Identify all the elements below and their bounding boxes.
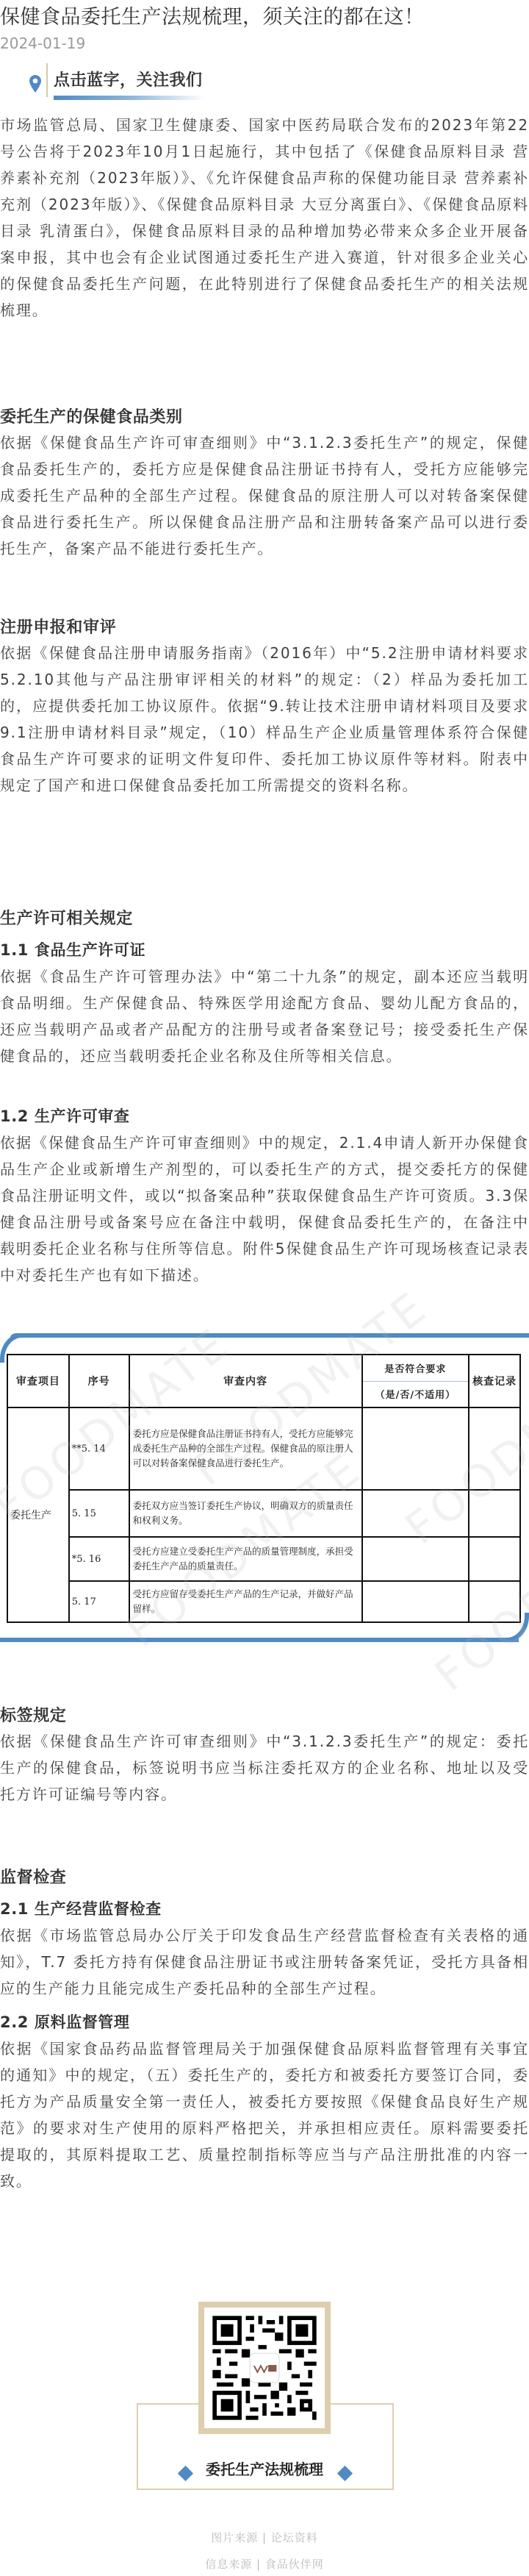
intro-paragraph: 市场监管总局、国家卫生健康委、国家中医药局联合发布的2023年第22号公告将于2…: [0, 112, 529, 324]
table-row: 5. 17 受托方应留存受委托生产产品的生产记录，并做好产品留样。: [7, 1581, 520, 1622]
qr-caption: 委托生产法规梳理: [198, 2458, 331, 2479]
subsection-paragraph: 依据《保健食品生产许可审查细则》中的规定，2.1.4申请人新开办保健食品生产企业…: [0, 1130, 529, 1288]
qr-code-icon: [204, 2308, 325, 2428]
content-cell: 委托双方应当签订委托生产协议，明确双方的质量责任和权利义务。: [129, 1490, 362, 1537]
content-cell: 受托方应留存受委托生产产品的生产记录，并做好产品留样。: [129, 1581, 362, 1622]
section-heading-registration: 注册申报和审评: [0, 615, 116, 638]
record-cell: [469, 1407, 520, 1490]
article-title: 保健食品委托生产法规梳理，须关注的都在这！: [0, 3, 529, 32]
col-header-category: 审查项目: [7, 1355, 69, 1407]
subsection-heading: 1.2 生产许可审查: [0, 1105, 130, 1127]
subsection-heading: 1.1 食品生产许可证: [0, 938, 145, 960]
col-header-content: 审查内容: [129, 1355, 362, 1407]
table-row: 5. 15 委托双方应当签订委托生产协议，明确双方的质量责任和权利义务。: [7, 1490, 520, 1537]
category-cell: 委托生产: [7, 1407, 69, 1622]
content-cell: 受托方应建立受委托生产产品的质量管理制度，承担受委托生产产品的质量责任。: [129, 1537, 362, 1581]
subsection-paragraph: 依据《市场监管总局办公厅关于印发食品生产经营监督检查有关表格的通知》，T.7 委…: [0, 1922, 529, 2002]
compliance-cell: [362, 1490, 469, 1537]
number-cell: *5. 16: [69, 1537, 129, 1581]
table-row: 委托生产 **5. 14 委托方应是保健食品注册证书持有人，受托方应能够完成委托…: [7, 1407, 520, 1490]
content-cell: 委托方应是保健食品注册证书持有人，受托方应能够完成委托生产品种的全部生产过程。保…: [129, 1407, 362, 1490]
section-paragraph: 依据《保健食品生产许可审查细则》中“3.1.2.3委托生产”的规定，保健食品委托…: [0, 429, 529, 562]
follow-banner[interactable]: 点击蓝字，关注我们: [29, 63, 176, 97]
info-source: 信息来源 | 食品伙伴网: [0, 2556, 529, 2572]
inspection-table: 审查项目 序号 审查内容 是否符合要求 核查记录 （是/否/不适用） 委托生产 …: [7, 1354, 521, 1623]
subsection-heading: 2.1 生产经营监督检查: [0, 1897, 162, 1919]
frame-decoration: [10, 1333, 529, 1338]
qr-code-frame: [198, 2302, 331, 2434]
inspection-table-image: 审查项目 序号 审查内容 是否符合要求 核查记录 （是/否/不适用） 委托生产 …: [0, 1333, 529, 1642]
section-paragraph: 依据《保健食品生产许可审查细则》中“3.1.2.3委托生产”的规定：委托生产的保…: [0, 1728, 529, 1808]
col-header-record: 核查记录: [469, 1355, 520, 1407]
compliance-cell: [362, 1407, 469, 1490]
location-pin-icon: [29, 75, 41, 93]
frame-decoration: [0, 1638, 519, 1642]
section-heading-labeling: 标签规定: [0, 1703, 66, 1726]
follow-prompt[interactable]: 点击蓝字，关注我们: [54, 68, 203, 90]
record-cell: [469, 1537, 520, 1581]
table-row: *5. 16 受托方应建立受委托生产产品的质量管理制度，承担受委托生产产品的质量…: [7, 1537, 520, 1581]
subsection-heading: 2.2 原料监督管理: [0, 2011, 130, 2033]
subsection-paragraph: 依据《国家食品药品监督管理局关于加强保健食品原料监督管理有关事宜的通知》中的规定…: [0, 2036, 529, 2194]
subsection-paragraph: 依据《食品生产许可管理办法》中“第二十九条”的规定，副本还应当载明食品明细。生产…: [0, 963, 529, 1069]
record-cell: [469, 1581, 520, 1622]
col-header-compliance: 是否符合要求: [362, 1355, 469, 1381]
image-source: 图片来源 | 论坛资料: [0, 2530, 529, 2545]
number-cell: 5. 17: [69, 1581, 129, 1622]
compliance-cell: [362, 1581, 469, 1622]
col-header-compliance-options: （是/否/不适用）: [362, 1381, 469, 1407]
record-cell: [469, 1490, 520, 1537]
number-cell: **5. 14: [69, 1407, 129, 1490]
banner-divider: [46, 63, 48, 97]
section-paragraph: 依据《保健食品注册申请服务指南》（2016年）中“5.2注册申请材料要求 5.2…: [0, 640, 529, 799]
publish-date: 2024-01-19: [0, 34, 85, 53]
section-heading-supervision: 监督检查: [0, 1865, 66, 1888]
section-heading-entrusted-categories: 委托生产的保健食品类别: [0, 404, 183, 427]
col-header-number: 序号: [69, 1355, 129, 1407]
number-cell: 5. 15: [69, 1490, 129, 1537]
follow-underline: [54, 96, 204, 100]
section-heading-production-license: 生产许可相关规定: [0, 906, 133, 929]
compliance-cell: [362, 1537, 469, 1581]
